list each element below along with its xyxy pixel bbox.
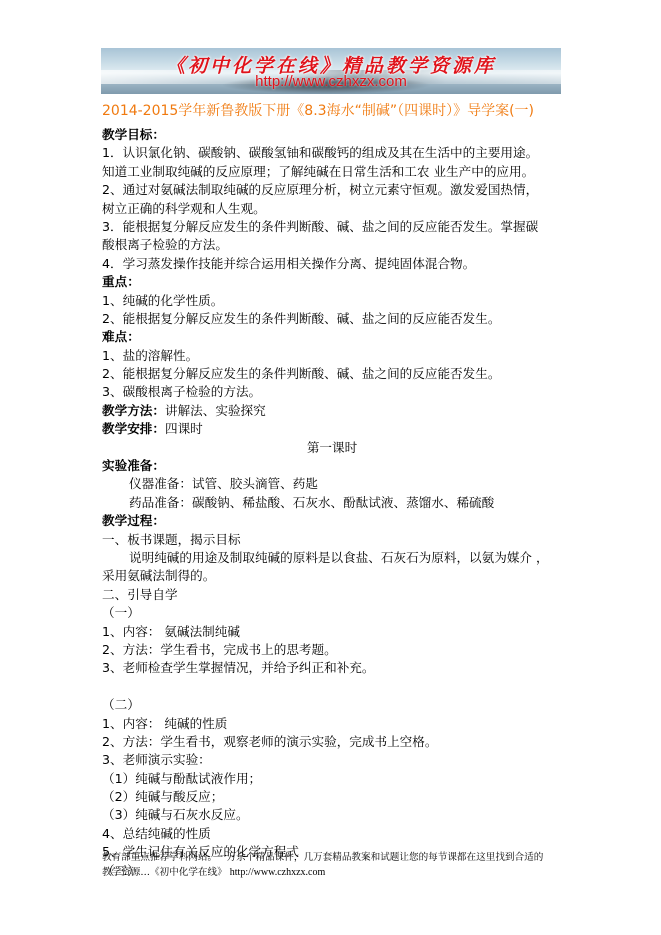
- footer-text-1: 教育部重点推荐学科网站。一万余个精品课件，几万套精品教案和试题让您的每节课都在这…: [102, 850, 562, 865]
- process-step-1-desc: 说明纯碱的用途及制取纯碱的原料是以食盐、石灰石为原料，以氨为媒介 ，: [102, 549, 562, 567]
- banner-url: http://www.czhxzx.com: [101, 73, 561, 90]
- methods-heading: 教学方法：: [102, 403, 165, 418]
- part-2-line: （2）纯碱与酸反应；: [102, 788, 562, 806]
- preparation-heading: 实验准备：: [102, 457, 562, 475]
- difficulty-line: 2、能根据复分解反应发生的条件判断酸、碱、盐之间的反应能否发生。: [102, 365, 562, 383]
- schedule-value: 四课时: [165, 421, 203, 436]
- objectives-heading: 教学目标：: [102, 126, 562, 144]
- methods-value: 讲解法、实验探究: [165, 403, 266, 418]
- part-2-line: 4、总结纯碱的性质: [102, 825, 562, 843]
- part-2-line: （1）纯碱与酚酞试液作用；: [102, 770, 562, 788]
- part-2-line: 1、内容： 纯碱的性质: [102, 715, 562, 733]
- key-point-line: 2、能根据复分解反应发生的条件判断酸、碱、盐之间的反应能否发生。: [102, 310, 562, 328]
- part-2-line: （3）纯碱与石灰水反应。: [102, 806, 562, 824]
- objective-line: 3．能根据复分解反应发生的条件判断酸、碱、盐之间的反应能否发生。掌握碳: [102, 218, 562, 236]
- part-2-label: （二）: [102, 696, 562, 714]
- document-body: 教学目标： 1．认识氯化钠、碳酸钠、碳酸氢铀和碳酸钙的组成及其在生活中的主要用途…: [102, 126, 562, 880]
- spacer: [102, 678, 562, 696]
- process-step-2: 二、引导自学: [102, 586, 562, 604]
- objective-line: 酸根离子检验的方法。: [102, 236, 562, 254]
- footer-text-2-row: 教学资源…《初中化学在线》 http://www.czhxzx.com: [102, 865, 562, 880]
- lesson-title: 第一课时: [102, 439, 562, 457]
- footer-text-2: 教学资源…《初中化学在线》: [102, 867, 227, 878]
- objective-line: 树立正确的科学观和人生观。: [102, 200, 562, 218]
- process-step-1: 一、板书课题，揭示目标: [102, 531, 562, 549]
- schedule-heading: 教学安排：: [102, 421, 165, 436]
- objective-line: 知道工业制取纯碱的反应原理；了解纯碱在日常生活和工农 业生产中的应用。: [102, 163, 562, 181]
- process-step-1-desc-cont: 采用氨碱法制得的。: [102, 567, 562, 585]
- part-1-line: 1、内容： 氨碱法制纯碱: [102, 623, 562, 641]
- methods-row: 教学方法：讲解法、实验探究: [102, 402, 562, 420]
- part-2-line: 3、老师演示实验：: [102, 751, 562, 769]
- part-1-line: 3、老师检查学生掌握情况，并给予纠正和补充。: [102, 659, 562, 677]
- schedule-row: 教学安排：四课时: [102, 420, 562, 438]
- footer-url-link[interactable]: http://www.czhxzx.com: [230, 867, 325, 878]
- difficulty-line: 3、碳酸根离子检验的方法。: [102, 383, 562, 401]
- key-points-heading: 重点：: [102, 273, 562, 291]
- document-title: 2014-2015学年新鲁教版下册《8.3海水“制碱”（四课时）》导学案(一): [102, 100, 534, 120]
- key-point-line: 1、纯碱的化学性质。: [102, 292, 562, 310]
- part-2-line: 2、方法：学生看书，观察老师的演示实验，完成书上空格。: [102, 733, 562, 751]
- objective-line: 2、通过对氨碱法制取纯碱的反应原理分析，树立元素守恒观。激发爱国热情，: [102, 181, 562, 199]
- part-1-label: （一）: [102, 604, 562, 622]
- objective-line: 4．学习蒸发操作技能并综合运用相关操作分离、提纯固体混合物。: [102, 255, 562, 273]
- preparation-line: 药品准备：碳酸钠、稀盐酸、石灰水、酚酞试液、蒸馏水、稀硫酸: [102, 494, 562, 512]
- difficulty-line: 1、盐的溶解性。: [102, 347, 562, 365]
- process-heading: 教学过程：: [102, 512, 562, 530]
- preparation-line: 仪器准备：试管、胶头滴管、药匙: [102, 475, 562, 493]
- part-1-line: 2、方法：学生看书，完成书上的思考题。: [102, 641, 562, 659]
- objective-line: 1．认识氯化钠、碳酸钠、碳酸氢铀和碳酸钙的组成及其在生活中的主要用途。: [102, 144, 562, 162]
- page-footer: 教育部重点推荐学科网站。一万余个精品课件，几万套精品教案和试题让您的每节课都在这…: [102, 850, 562, 880]
- difficulties-heading: 难点：: [102, 328, 562, 346]
- site-banner: 《初中化学在线》精品教学资源库 http://www.czhxzx.com: [101, 48, 561, 94]
